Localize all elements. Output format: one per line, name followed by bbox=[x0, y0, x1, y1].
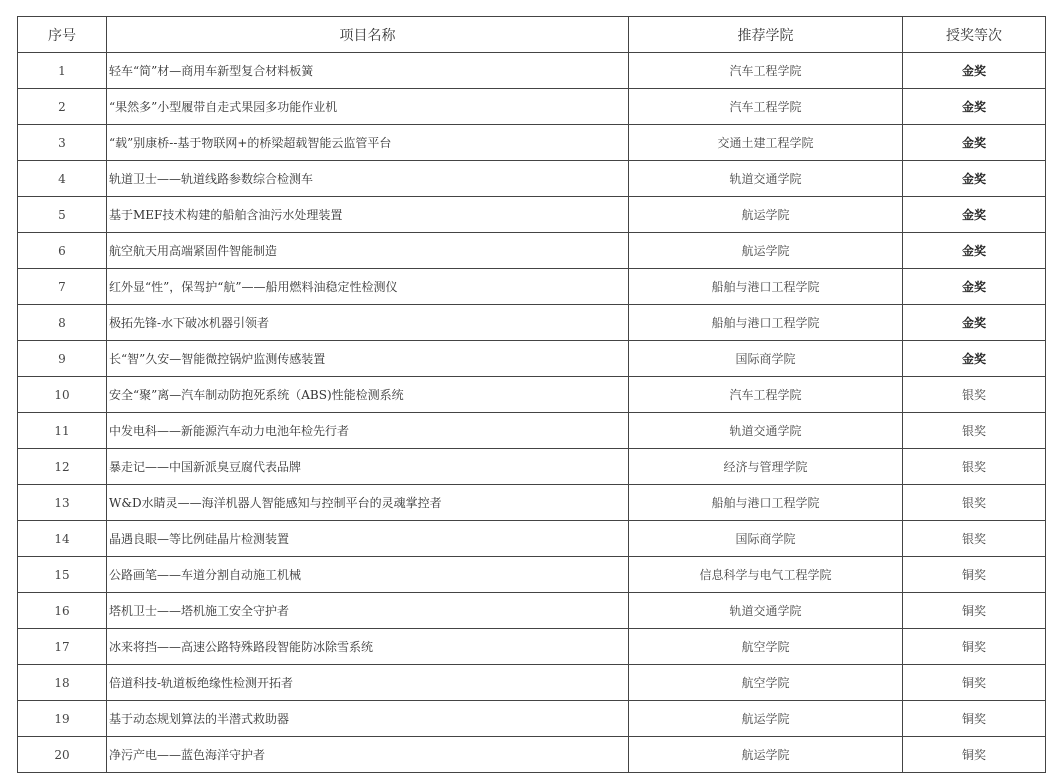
recommending-college: 轨道交通学院 bbox=[629, 593, 903, 629]
project-name: 基于动态规划算法的半潜式救助器 bbox=[107, 701, 629, 737]
table-row: 14晶遇良眼—等比例硅晶片检测装置国际商学院银奖 bbox=[18, 521, 1046, 557]
row-number: 5 bbox=[18, 197, 107, 233]
row-number: 2 bbox=[18, 89, 107, 125]
project-name: 轨道卫士——轨道线路参数综合检测车 bbox=[107, 161, 629, 197]
recommending-college: 船舶与港口工程学院 bbox=[629, 269, 903, 305]
recommending-college: 交通土建工程学院 bbox=[629, 125, 903, 161]
row-number: 16 bbox=[18, 593, 107, 629]
award-level: 铜奖 bbox=[903, 557, 1046, 593]
table-row: 19基于动态规划算法的半潜式救助器航运学院铜奖 bbox=[18, 701, 1046, 737]
row-number: 13 bbox=[18, 485, 107, 521]
row-number: 6 bbox=[18, 233, 107, 269]
table-row: 12暴走记——中国新派臭豆腐代表品牌经济与管理学院银奖 bbox=[18, 449, 1046, 485]
row-number: 9 bbox=[18, 341, 107, 377]
recommending-college: 航运学院 bbox=[629, 701, 903, 737]
recommending-college: 航运学院 bbox=[629, 197, 903, 233]
project-name: 基于MEF技术构建的船舶含油污水处理装置 bbox=[107, 197, 629, 233]
award-level: 金奖 bbox=[903, 161, 1046, 197]
table-row: 11中发电科——新能源汽车动力电池年检先行者轨道交通学院银奖 bbox=[18, 413, 1046, 449]
header-row: 序号 项目名称 推荐学院 授奖等次 bbox=[18, 17, 1046, 53]
header-no: 序号 bbox=[18, 17, 107, 53]
row-number: 1 bbox=[18, 53, 107, 89]
table-row: 7红外显“性”，保驾护“航”——船用燃料油稳定性检测仪船舶与港口工程学院金奖 bbox=[18, 269, 1046, 305]
table-row: 4轨道卫士——轨道线路参数综合检测车轨道交通学院金奖 bbox=[18, 161, 1046, 197]
project-name: 航空航天用高端紧固件智能制造 bbox=[107, 233, 629, 269]
row-number: 10 bbox=[18, 377, 107, 413]
project-name: “载”别康桥--基于物联网+的桥梁超载智能云监管平台 bbox=[107, 125, 629, 161]
recommending-college: 汽车工程学院 bbox=[629, 53, 903, 89]
award-level: 金奖 bbox=[903, 197, 1046, 233]
award-level: 银奖 bbox=[903, 485, 1046, 521]
award-level: 金奖 bbox=[903, 125, 1046, 161]
table-row: 15公路画笔——车道分割自动施工机械信息科学与电气工程学院铜奖 bbox=[18, 557, 1046, 593]
project-name: 安全“聚”离—汽车制动防抱死系统（ABS)性能检测系统 bbox=[107, 377, 629, 413]
row-number: 7 bbox=[18, 269, 107, 305]
table-row: 9长“智”久安—智能微控锅炉监测传感装置国际商学院金奖 bbox=[18, 341, 1046, 377]
header-award: 授奖等次 bbox=[903, 17, 1046, 53]
row-number: 3 bbox=[18, 125, 107, 161]
header-college: 推荐学院 bbox=[629, 17, 903, 53]
row-number: 15 bbox=[18, 557, 107, 593]
project-name: 净污产电——蓝色海洋守护者 bbox=[107, 737, 629, 773]
table-row: 17冰来将挡——高速公路特殊路段智能防冰除雪系统航空学院铜奖 bbox=[18, 629, 1046, 665]
row-number: 18 bbox=[18, 665, 107, 701]
award-level: 金奖 bbox=[903, 269, 1046, 305]
recommending-college: 汽车工程学院 bbox=[629, 377, 903, 413]
award-level: 银奖 bbox=[903, 413, 1046, 449]
project-name: 长“智”久安—智能微控锅炉监测传感装置 bbox=[107, 341, 629, 377]
award-results-table: 序号 项目名称 推荐学院 授奖等次 1轻车“简”材—商用车新型复合材料板簧汽车工… bbox=[17, 16, 1046, 773]
recommending-college: 轨道交通学院 bbox=[629, 413, 903, 449]
recommending-college: 船舶与港口工程学院 bbox=[629, 305, 903, 341]
project-name: 暴走记——中国新派臭豆腐代表品牌 bbox=[107, 449, 629, 485]
award-level: 金奖 bbox=[903, 341, 1046, 377]
recommending-college: 航运学院 bbox=[629, 737, 903, 773]
recommending-college: 轨道交通学院 bbox=[629, 161, 903, 197]
table-row: 1轻车“简”材—商用车新型复合材料板簧汽车工程学院金奖 bbox=[18, 53, 1046, 89]
row-number: 17 bbox=[18, 629, 107, 665]
table-row: 8极拓先锋-水下破冰机器引领者船舶与港口工程学院金奖 bbox=[18, 305, 1046, 341]
recommending-college: 汽车工程学院 bbox=[629, 89, 903, 125]
table-row: 3“载”别康桥--基于物联网+的桥梁超载智能云监管平台交通土建工程学院金奖 bbox=[18, 125, 1046, 161]
recommending-college: 国际商学院 bbox=[629, 341, 903, 377]
award-level: 金奖 bbox=[903, 53, 1046, 89]
project-name: 中发电科——新能源汽车动力电池年检先行者 bbox=[107, 413, 629, 449]
table-row: 16塔机卫士——塔机施工安全守护者轨道交通学院铜奖 bbox=[18, 593, 1046, 629]
project-name: 红外显“性”，保驾护“航”——船用燃料油稳定性检测仪 bbox=[107, 269, 629, 305]
row-number: 4 bbox=[18, 161, 107, 197]
row-number: 14 bbox=[18, 521, 107, 557]
award-level: 金奖 bbox=[903, 233, 1046, 269]
award-level: 银奖 bbox=[903, 377, 1046, 413]
recommending-college: 航运学院 bbox=[629, 233, 903, 269]
row-number: 19 bbox=[18, 701, 107, 737]
table-row: 10安全“聚”离—汽车制动防抱死系统（ABS)性能检测系统汽车工程学院银奖 bbox=[18, 377, 1046, 413]
recommending-college: 信息科学与电气工程学院 bbox=[629, 557, 903, 593]
project-name: 公路画笔——车道分割自动施工机械 bbox=[107, 557, 629, 593]
table-row: 13W&D水睛灵——海洋机器人智能感知与控制平台的灵魂掌控者船舶与港口工程学院银… bbox=[18, 485, 1046, 521]
table-row: 20净污产电——蓝色海洋守护者航运学院铜奖 bbox=[18, 737, 1046, 773]
project-name: 晶遇良眼—等比例硅晶片检测装置 bbox=[107, 521, 629, 557]
recommending-college: 船舶与港口工程学院 bbox=[629, 485, 903, 521]
award-level: 金奖 bbox=[903, 305, 1046, 341]
table-row: 6航空航天用高端紧固件智能制造航运学院金奖 bbox=[18, 233, 1046, 269]
award-level: 铜奖 bbox=[903, 701, 1046, 737]
row-number: 8 bbox=[18, 305, 107, 341]
project-name: 轻车“简”材—商用车新型复合材料板簧 bbox=[107, 53, 629, 89]
award-level: 铜奖 bbox=[903, 665, 1046, 701]
award-level: 银奖 bbox=[903, 521, 1046, 557]
header-project-name: 项目名称 bbox=[107, 17, 629, 53]
recommending-college: 航空学院 bbox=[629, 665, 903, 701]
table-row: 18倍道科技-轨道板绝缘性检测开拓者航空学院铜奖 bbox=[18, 665, 1046, 701]
award-level: 银奖 bbox=[903, 449, 1046, 485]
recommending-college: 经济与管理学院 bbox=[629, 449, 903, 485]
table-row: 5基于MEF技术构建的船舶含油污水处理装置航运学院金奖 bbox=[18, 197, 1046, 233]
recommending-college: 国际商学院 bbox=[629, 521, 903, 557]
table-row: 2“果然多”小型履带自走式果园多功能作业机汽车工程学院金奖 bbox=[18, 89, 1046, 125]
award-level: 铜奖 bbox=[903, 737, 1046, 773]
award-level: 金奖 bbox=[903, 89, 1046, 125]
project-name: “果然多”小型履带自走式果园多功能作业机 bbox=[107, 89, 629, 125]
row-number: 12 bbox=[18, 449, 107, 485]
row-number: 11 bbox=[18, 413, 107, 449]
award-level: 铜奖 bbox=[903, 593, 1046, 629]
recommending-college: 航空学院 bbox=[629, 629, 903, 665]
project-name: 极拓先锋-水下破冰机器引领者 bbox=[107, 305, 629, 341]
award-level: 铜奖 bbox=[903, 629, 1046, 665]
project-name: 塔机卫士——塔机施工安全守护者 bbox=[107, 593, 629, 629]
project-name: W&D水睛灵——海洋机器人智能感知与控制平台的灵魂掌控者 bbox=[107, 485, 629, 521]
project-name: 倍道科技-轨道板绝缘性检测开拓者 bbox=[107, 665, 629, 701]
row-number: 20 bbox=[18, 737, 107, 773]
project-name: 冰来将挡——高速公路特殊路段智能防冰除雪系统 bbox=[107, 629, 629, 665]
